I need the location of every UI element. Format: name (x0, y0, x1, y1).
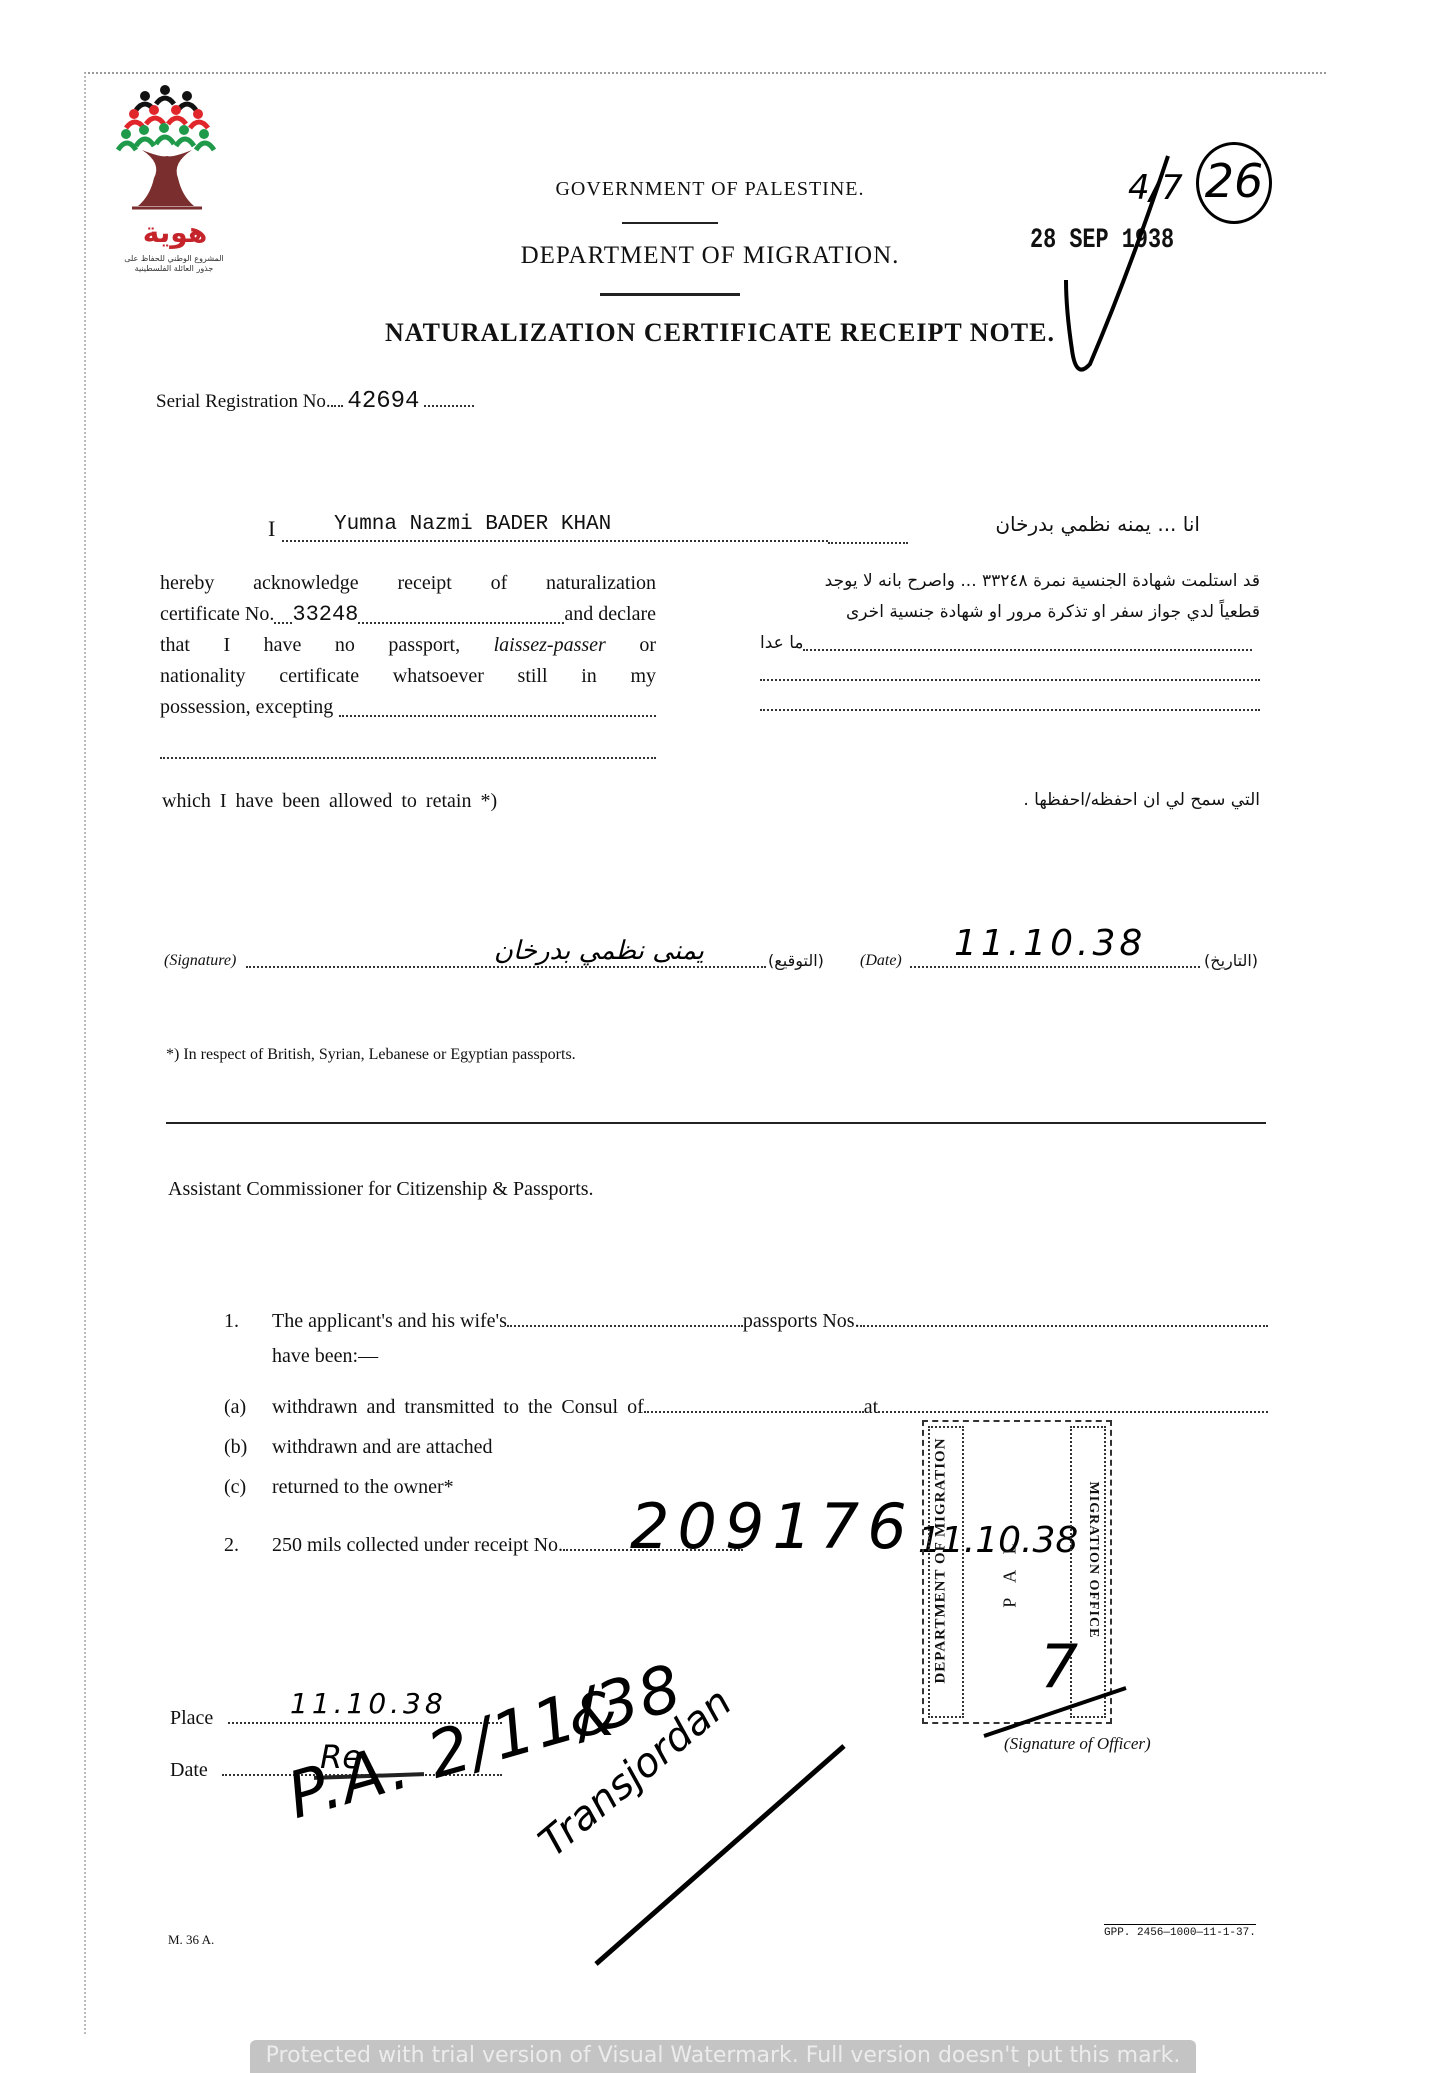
retain-ar: التي سمح لي ان احفظه/احفظها . (900, 790, 1260, 810)
name-line-ar: انا ... يمنه نظمي بدرخان (880, 512, 1200, 536)
declaration-line-1: hereby acknowledge receipt of naturaliza… (160, 568, 656, 599)
applicant-signature: يمنى نظمي بدرخان (284, 936, 704, 966)
family-tree-logo-icon (112, 78, 242, 218)
stamp-right-text: MIGRATION OFFICE (1085, 1425, 1101, 1695)
certificate-line: certificate No. 33248 and declare (160, 599, 656, 630)
officer-signature-label: (Signature of Officer) (1004, 1734, 1151, 1754)
serial-label: Serial Registration No. (156, 391, 331, 412)
item-a: (a) withdrawn and transmitted to the Con… (224, 1396, 1268, 1419)
logo: هوية المشروع الوطني للحفاظ على جذور العا… (112, 78, 242, 273)
section-divider (166, 1122, 1266, 1124)
logo-arabic-title: هوية (120, 216, 230, 249)
name-line-en: I Yumna Nazmi BADER KHAN (268, 508, 828, 544)
certificate-number: 33248 (292, 599, 358, 630)
date-label: (Date) (860, 952, 902, 970)
date-label-ar: (التاريخ) (1204, 951, 1258, 970)
serial-value: 42694 (347, 388, 419, 415)
name-line-ar-dots (828, 542, 908, 544)
declaration-line-4: nationality certificate whatsoever still… (160, 661, 656, 692)
retain-en: which I have been allowed to retain *) (162, 790, 497, 813)
receipt-number: 209176 (630, 1490, 915, 1563)
declaration-ar-block: قد استلمت شهادة الجنسية نمرة ٣٣٢٤٨ ... و… (760, 566, 1260, 711)
officer-signature-stroke (980, 1680, 1130, 1740)
document-title: NATURALIZATION CERTIFICATE RECEIPT NOTE. (350, 318, 1090, 348)
declaration-en-block: hereby acknowledge receipt of naturaliza… (160, 568, 656, 759)
item-c: (c) returned to the owner* (224, 1476, 454, 1499)
ar-line-2: قطعياً لدي جواز سفر او تذكرة مرور او شها… (760, 597, 1260, 628)
logo-subtitle-2: جذور العائلة الفلسطينية (112, 264, 236, 273)
circled-number: 26 (1196, 142, 1272, 224)
serial-registration: Serial Registration No. 42694 (156, 388, 474, 415)
footnote: *) In respect of British, Syrian, Lebane… (166, 1046, 576, 1064)
blank-line (160, 747, 656, 759)
government-heading: GOVERNMENT OF PALESTINE. (480, 178, 940, 201)
ar-line-3: ما عدا (760, 628, 1260, 659)
watermark-text: Protected with trial version of Visual W… (266, 2043, 1181, 2068)
transjordan-underline (590, 1740, 850, 1970)
item-1: 1. The applicant's and his wife's passpo… (224, 1310, 1268, 1368)
signature-date: 11.10.38 (954, 923, 1146, 964)
watermark-banner: Protected with trial version of Visual W… (250, 2040, 1196, 2073)
item-b: (b) withdrawn and are attached (224, 1436, 492, 1459)
signature-label-ar: (التوقيع) (768, 951, 824, 970)
declaration-line-5: possession, excepting (160, 692, 656, 723)
header-rule-1 (622, 222, 718, 224)
printer-code: GPP. 2456—1000—11-1-37. (1104, 1924, 1256, 1939)
pen-stroke-mark (1060, 150, 1180, 380)
stamp-left-text: DEPARTMENT OF MIGRATION (933, 1426, 950, 1696)
declaration-line-3: that I have no passport, laissez-passer … (160, 630, 656, 661)
signature-row: (Signature) يمنى نظمي بدرخان (التوقيع) (… (164, 930, 1264, 976)
stamp-middle-text: P A L (1000, 1513, 1021, 1633)
department-heading: DEPARTMENT OF MIGRATION. (470, 242, 950, 270)
place-value: 11.10.38 (290, 1687, 447, 1720)
ar-line-1: قد استلمت شهادة الجنسية نمرة ٣٣٢٤٨ ... و… (760, 566, 1260, 597)
official-stamp: DEPARTMENT OF MIGRATION MIGRATION OFFICE… (922, 1420, 1112, 1724)
header-rule-2 (600, 293, 740, 296)
commissioner-heading: Assistant Commissioner for Citizenship &… (168, 1178, 594, 1201)
form-code: M. 36 A. (168, 1932, 214, 1948)
signature-label: (Signature) (164, 952, 236, 970)
logo-subtitle-1: المشروع الوطني للحفاظ على (112, 254, 236, 263)
name-prefix: I (268, 516, 275, 542)
applicant-name: Yumna Nazmi BADER KHAN (334, 513, 611, 536)
